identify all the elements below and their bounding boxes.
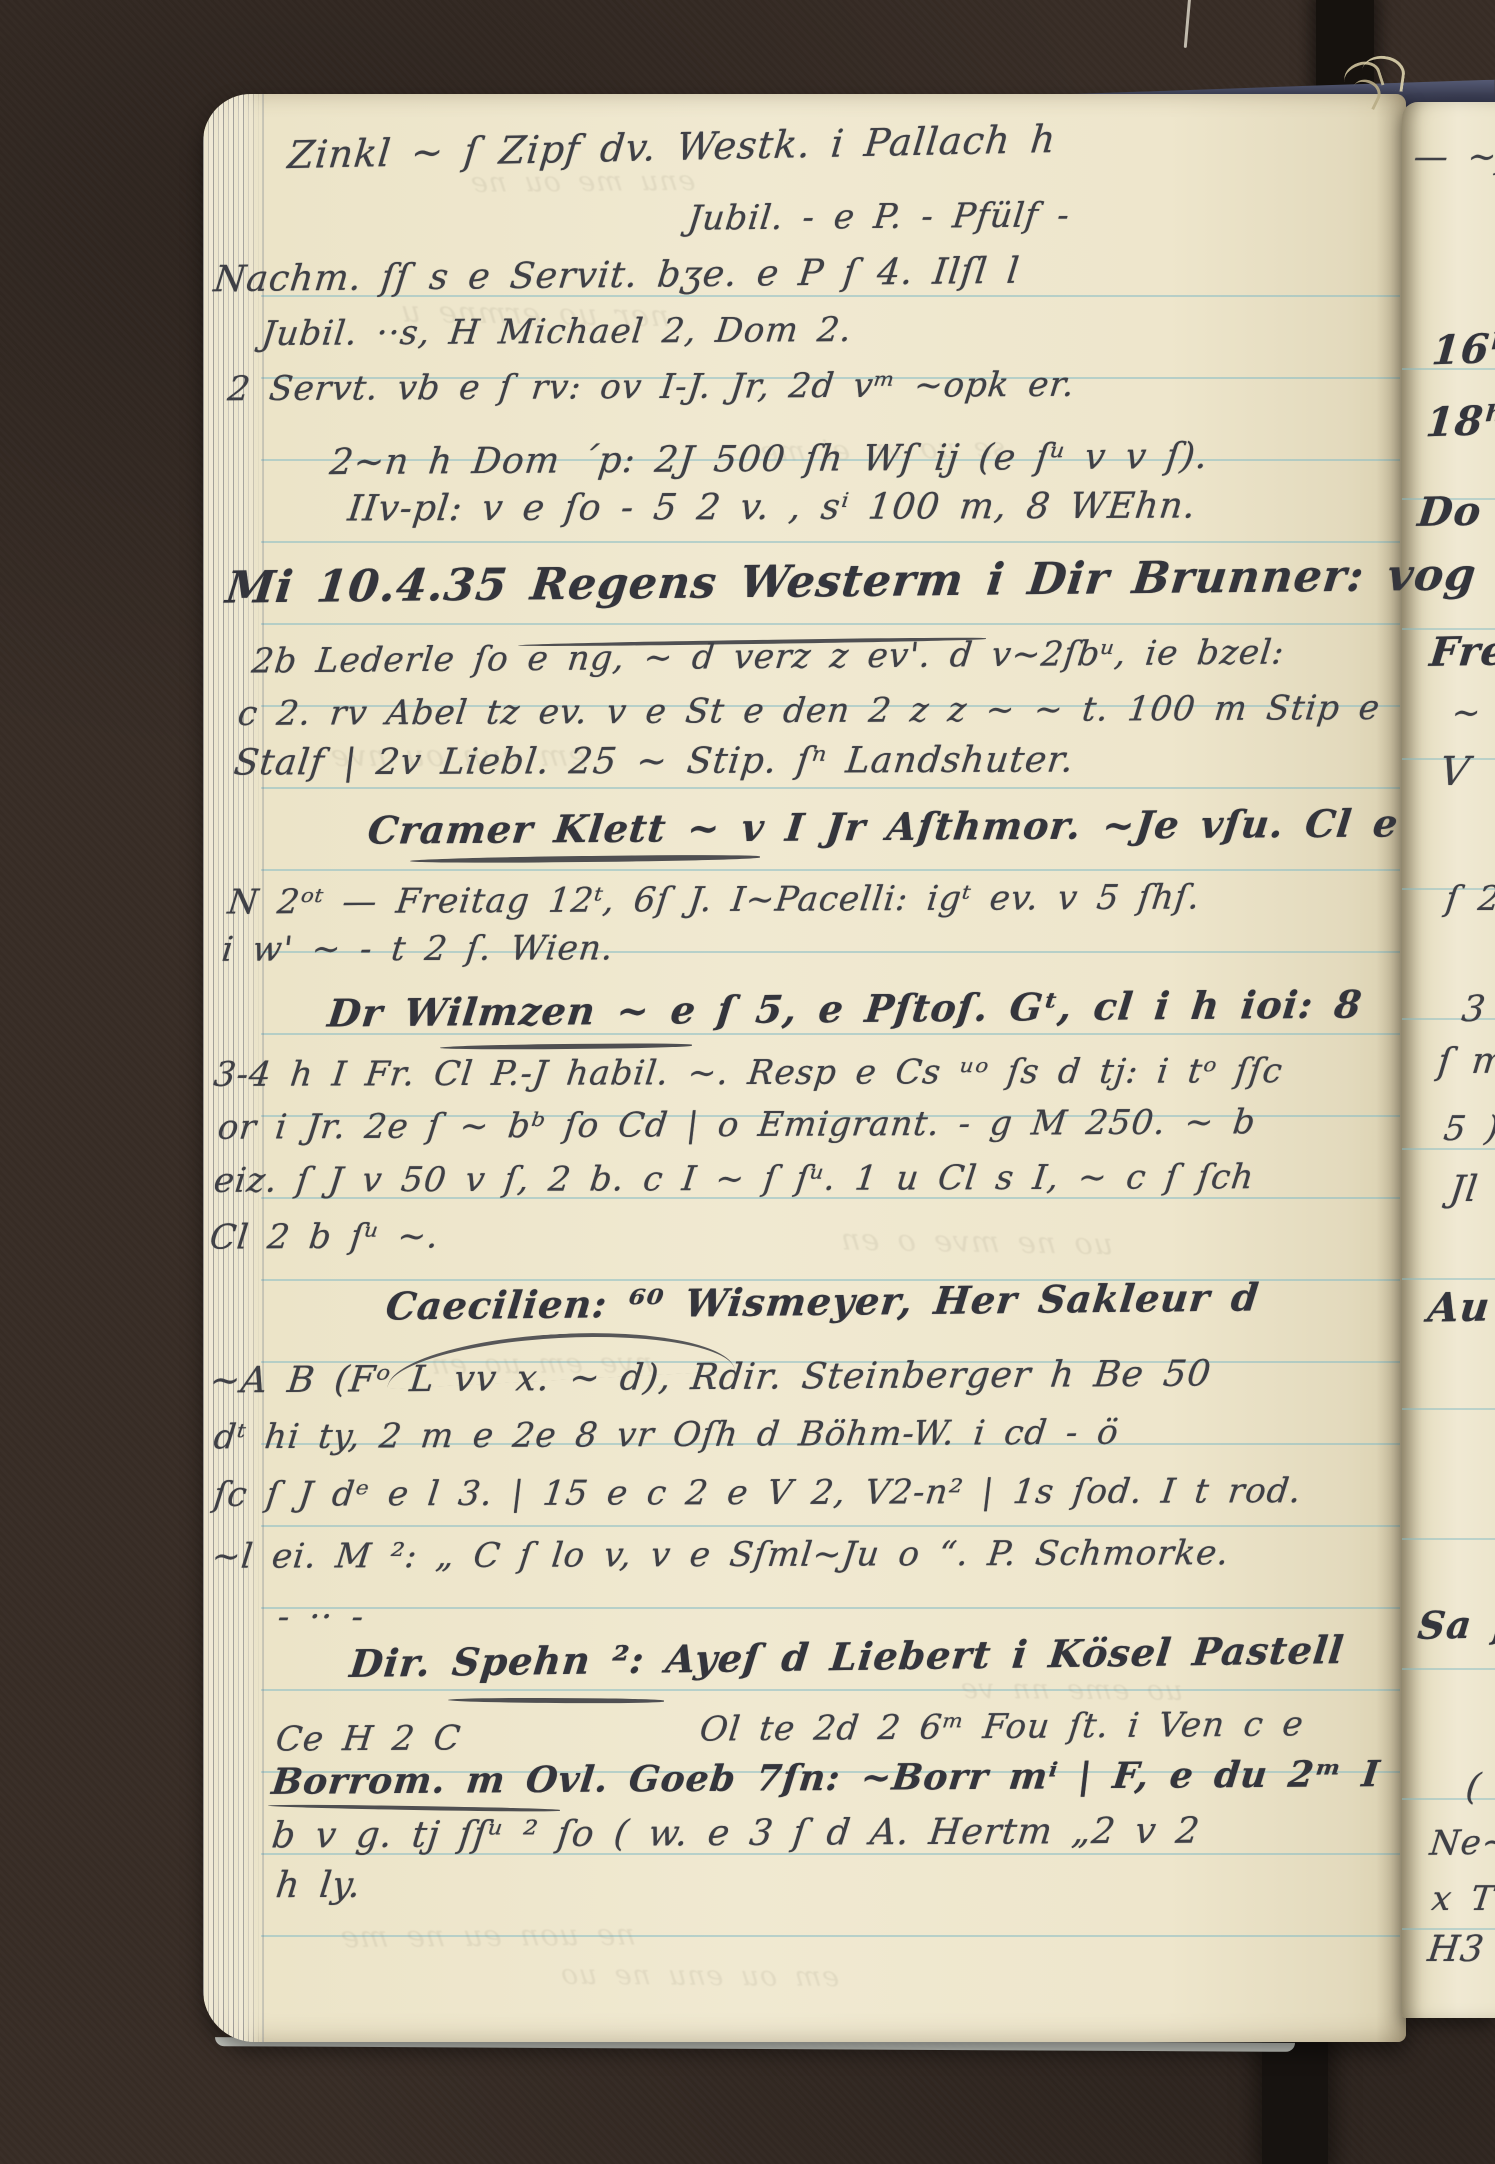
handwriting-line-right-page: Do ſ xyxy=(1416,491,1495,533)
handwriting-line: Cl 2 b ſᵘ ~. xyxy=(208,1219,441,1254)
handwriting-line-right-page: 18ʰ xyxy=(1424,401,1495,444)
handwriting-line: 2~n h Dom ´p: 2J 500 ſh Wſ ij (e ſᵘ v v … xyxy=(328,439,1210,481)
handwriting-line: Caecilien: ⁶⁰ Wismeyer, Her Sakleur d xyxy=(384,1278,1261,1325)
handwriting-line-right-page: 16ʰ xyxy=(1430,329,1495,372)
handwritten-underline xyxy=(410,854,760,864)
handwriting-line-right-page: V xyxy=(1438,752,1473,792)
notebook-scan: enu me ou nener uo ermne use uo vn ei me… xyxy=(0,0,1495,2164)
handwriting-line-right-page: ( xyxy=(1464,1770,1483,1806)
handwriting-line: dᵗ hi ty, 2 m e 2e 8 vr Oſh d Böhm-W. i … xyxy=(212,1416,1121,1455)
handwriting-line: b v g. tj ſſᵘ ² ſo ( w. e 3 ſ d A. Hertm… xyxy=(270,1814,1202,1855)
handwriting-line: Zinkl ~ ſ Zipf dv. Westk. i Pallach h xyxy=(286,120,1058,174)
handwriting-line: Mi 10.4.35 Regens Westerm i Dir Brunner:… xyxy=(224,553,1479,610)
handwriting-line: Dr Wilmzen ~ e ſ 5, e Pſtoſ. Gᵗ, cl i h … xyxy=(326,985,1364,1032)
handwriting-line-right-page: Au xyxy=(1426,1287,1492,1328)
handwriting-line-right-page: Ne~ xyxy=(1428,1825,1495,1860)
handwritten-underline xyxy=(268,1803,560,1812)
handwriting-line: or i Jr. 2e ſ ~ bᵇ ſo Cd | o Emigrant. -… xyxy=(216,1105,1258,1144)
handwriting-line-right-page: Jl xyxy=(1448,1172,1480,1208)
handwriting-line: IIv-pl: v e ſo - 5 2 v. , sⁱ 100 m, 8 WE… xyxy=(346,489,1198,528)
handwriting-line: eiz. ſ J v 50 v ſ, 2 b. c I ~ ſ ſᵘ. 1 u … xyxy=(212,1160,1256,1198)
handwriting-line: ~l ei. M ²: „ C ſ lo v, v e Sſml~Ju o “.… xyxy=(210,1536,1231,1574)
handwriting-line-right-page: 5 ) xyxy=(1442,1112,1495,1146)
handwriting-line-right-page: H3 xyxy=(1426,1932,1487,1968)
handwriting-line: ſc ſ J dᵉ e l 3. | 15 e c 2 e V 2, V2-n²… xyxy=(212,1474,1304,1512)
handwriting-line: Stalf | 2v Liebl. 25 ~ Stip. ſⁿ Landshut… xyxy=(232,743,1076,782)
handwriting-line: i w' ~ - t 2 ſ. Wien. xyxy=(220,931,616,966)
handwriting-line: Ce H 2 C xyxy=(274,1722,463,1757)
handwriting-line: 3-4 h I Fr. Cl P.-J habil. ~. Resp e Cs … xyxy=(212,1054,1285,1092)
handwriting-line: 2 Servt. vb e ſ rv: ov I-J. Jr, 2d vᵐ ~o… xyxy=(226,368,1077,406)
handwriting-line: N 2ᵒᵗ — Freitag 12ᵗ, 6ſ J. I~Pacelli: ig… xyxy=(226,880,1202,919)
handwriting-line: Dir. Spehn ²: Ayeſ d Liebert i Kösel Pas… xyxy=(348,1631,1346,1683)
handwriting-line-right-page: ſ m xyxy=(1436,1043,1495,1080)
handwriting-line-right-page: ſ 2 xyxy=(1444,882,1495,916)
handwriting-layer: Zinkl ~ ſ Zipf dv. Westk. i Pallach hJub… xyxy=(0,0,1495,2164)
handwriting-line: Nachm. ſſ s e Servit. bʒe. e P ſ 4. Ilſl… xyxy=(212,254,1022,298)
handwriting-line-right-page: — ~ſ xyxy=(1412,140,1495,174)
handwriting-line: Borrom. m Ovl. Goeb 7ſn: ~Borr mⁱ | F, e… xyxy=(270,1756,1382,1800)
handwriting-line: Ol te 2d 2 6ᵐ Fou ſt. i Ven c e xyxy=(698,1707,1306,1746)
handwritten-underline xyxy=(440,1043,692,1050)
handwriting-line-right-page: Frei xyxy=(1428,631,1495,673)
handwriting-line: - ·· - xyxy=(276,1600,366,1634)
handwriting-line-right-page: ~ xyxy=(1450,696,1484,730)
handwriting-line-right-page: x T xyxy=(1430,1882,1495,1916)
handwritten-underline xyxy=(448,1697,664,1704)
handwriting-line: Jubil. - e P. - Pfülf - xyxy=(686,198,1072,235)
handwriting-line-right-page: Sa ſ xyxy=(1416,1605,1495,1645)
handwriting-line: Jubil. ··s, H Michael 2, Dom 2. xyxy=(260,313,854,351)
handwriting-line-right-page: 3 xyxy=(1460,992,1488,1028)
handwriting-line: Cramer Klett ~ v I Jr Aſthmor. ~Je vſu. … xyxy=(366,804,1401,849)
handwriting-line: h ly. xyxy=(274,1868,363,1904)
handwriting-line: c 2. rv Abel tz ev. v e St e den 2 z z ~… xyxy=(236,691,1382,731)
